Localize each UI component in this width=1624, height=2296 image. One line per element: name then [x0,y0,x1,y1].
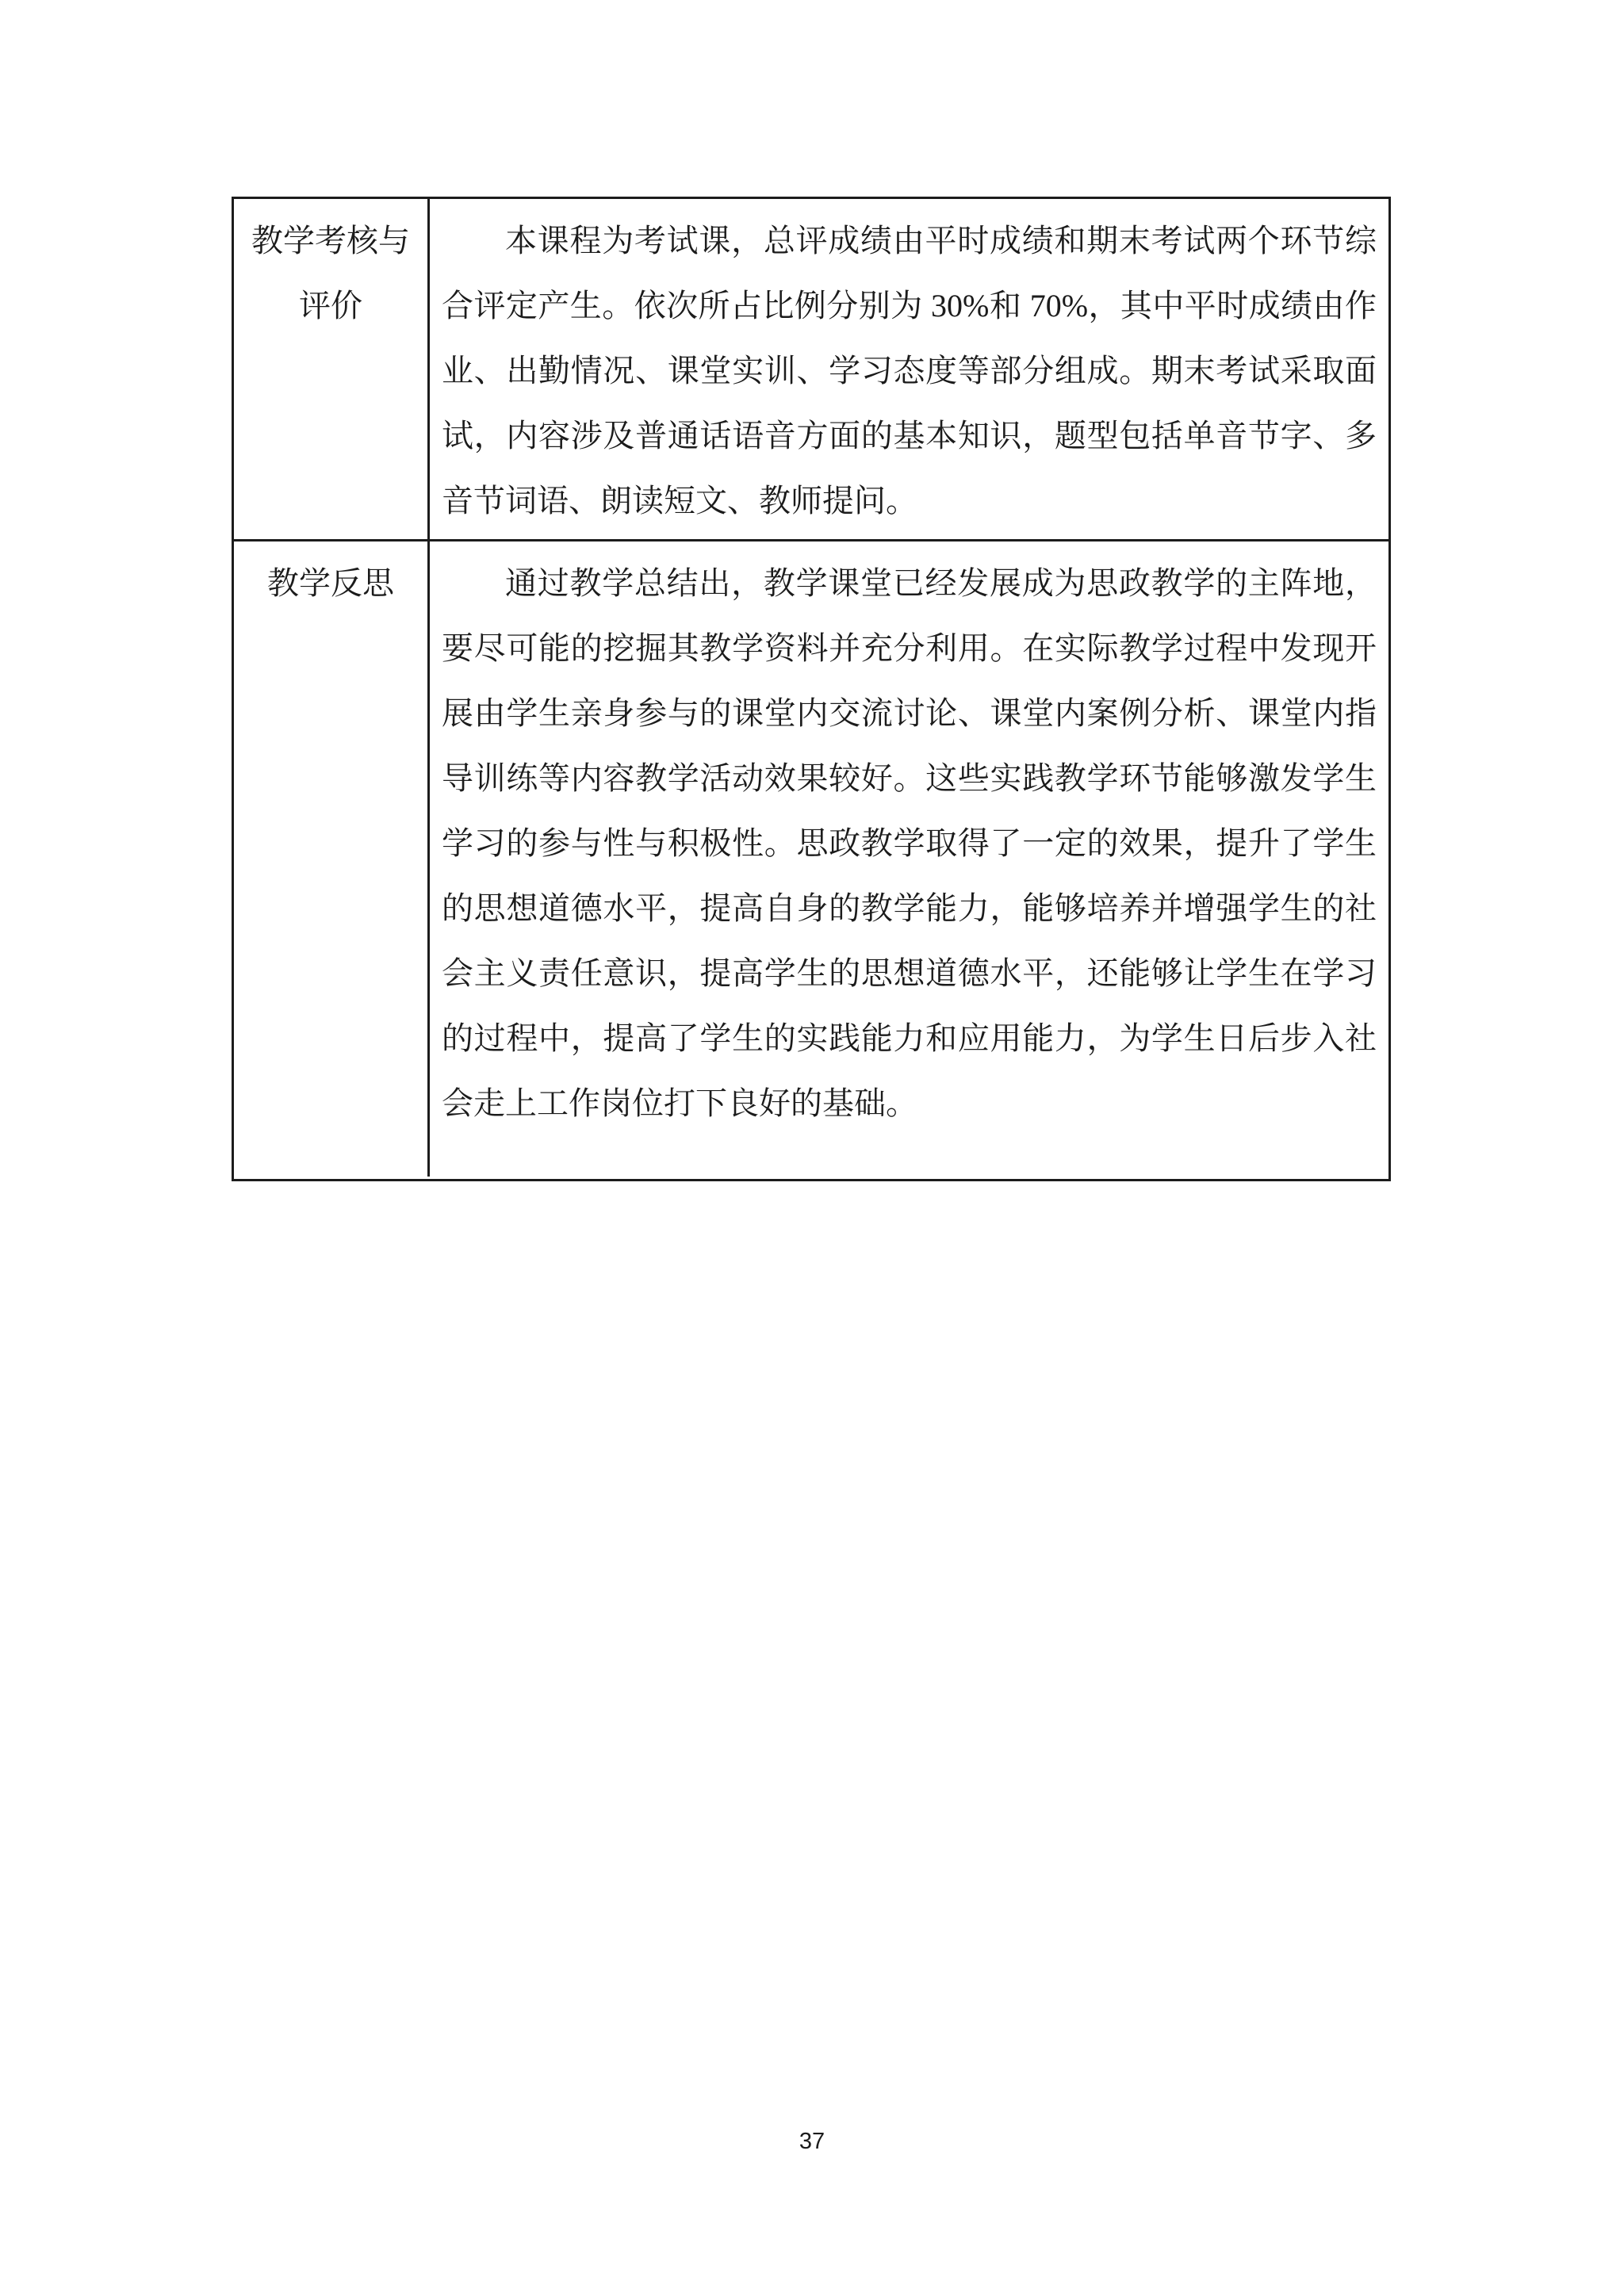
reflection-text-line: 展由学生亲身参与的课堂内交流讨论、课堂内案例分析、课堂内指 [442,681,1377,746]
reflection-text-line: 学习的参与性与积极性。思政教学取得了一定的效果，提升了学生 [442,811,1377,876]
assessment-text-line: 合评定产生。依次所占比例分别为 30%和 70%，其中平时成绩由作 [442,274,1377,339]
page-number: 37 [0,2129,1624,2155]
assessment-text-line: 音节词语、朗读短文、教师提问。 [442,469,1377,534]
assessment-label-line: 教学考核与 [234,209,427,274]
assessment-label-line: 评价 [234,274,427,339]
reflection-content-cell: 通过教学总结出，教学课堂已经发展成为思政教学的主阵地，要尽可能的挖掘其教学资料并… [430,541,1388,1177]
reflection-text-line: 会走上工作岗位打下良好的基础。 [442,1071,1377,1136]
reflection-label-cell: 教学反思 [234,541,430,1177]
table-row-assessment: 教学考核与评价 本课程为考试课，总评成绩由平时成绩和期末考试两个环节综合评定产生… [234,199,1388,539]
document-page: 教学考核与评价 本课程为考试课，总评成绩由平时成绩和期末考试两个环节综合评定产生… [0,0,1624,2296]
reflection-text-line: 导训练等内容教学活动效果较好。这些实践教学环节能够激发学生 [442,746,1377,811]
reflection-text-line: 要尽可能的挖掘其教学资料并充分利用。在实际教学过程中发现开 [442,616,1377,681]
reflection-text-line: 通过教学总结出，教学课堂已经发展成为思政教学的主阵地， [442,551,1377,616]
reflection-text-line: 的过程中，提高了学生的实践能力和应用能力，为学生日后步入社 [442,1006,1377,1071]
table-row-reflection: 教学反思 通过教学总结出，教学课堂已经发展成为思政教学的主阵地，要尽可能的挖掘其… [234,539,1388,1177]
course-summary-table: 教学考核与评价 本课程为考试课，总评成绩由平时成绩和期末考试两个环节综合评定产生… [232,197,1391,1181]
reflection-text-line: 的思想道德水平，提高自身的教学能力，能够培养并增强学生的社 [442,876,1377,941]
assessment-text-line: 业、出勤情况、课堂实训、学习态度等部分组成。期末考试采取面 [442,339,1377,404]
assessment-label-cell: 教学考核与评价 [234,199,430,539]
assessment-content-cell: 本课程为考试课，总评成绩由平时成绩和期末考试两个环节综合评定产生。依次所占比例分… [430,199,1388,539]
reflection-label-line: 教学反思 [234,551,427,616]
assessment-text-line: 试，内容涉及普通话语音方面的基本知识，题型包括单音节字、多 [442,404,1377,469]
reflection-text-line: 会主义责任意识，提高学生的思想道德水平，还能够让学生在学习 [442,941,1377,1006]
assessment-text-line: 本课程为考试课，总评成绩由平时成绩和期末考试两个环节综 [442,209,1377,274]
